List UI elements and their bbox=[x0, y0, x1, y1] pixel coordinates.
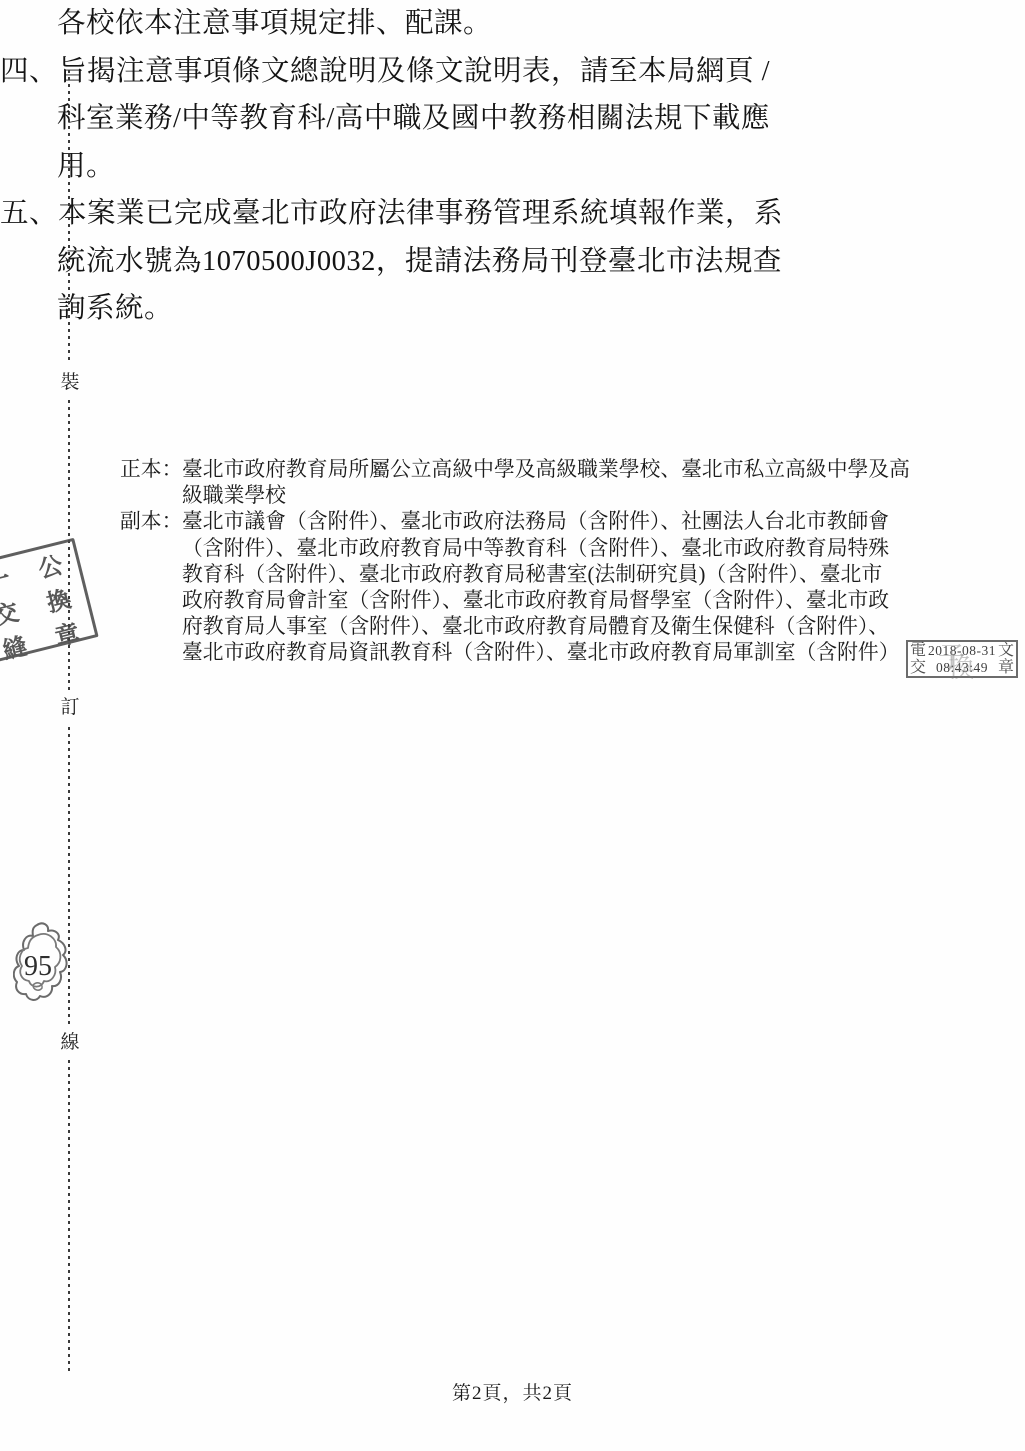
e-stamp-time: 08:43:49 bbox=[936, 659, 988, 676]
body-line: 四、旨揭注意事項條文總說明及條文說明表，請至本局網頁 / bbox=[0, 48, 1025, 96]
binding-label-zhuang: 裝 bbox=[59, 373, 81, 392]
e-stamp-char-dian: 電 bbox=[910, 642, 926, 659]
seam-stamp-char: 換 bbox=[42, 579, 74, 619]
original-first-line: 臺北市政府教育局所屬公立高級中學及高級職業學校、臺北市私立高級中學及高 bbox=[182, 458, 910, 481]
copy-line: 教育科（含附件）、臺北市政府教育局秘書室(法制研究員)（含附件）、臺北市 bbox=[182, 562, 930, 588]
page-seal-stamp: 95 bbox=[13, 921, 73, 1007]
e-stamp-char-jiao: 交 bbox=[910, 659, 926, 676]
e-stamp-char-wen: 文 bbox=[998, 642, 1014, 659]
binding-label-ding: 訂 bbox=[59, 698, 81, 717]
copy-recipients: 副本：臺北市議會（含附件）、臺北市政府法務局（含附件）、社團法人台北市教師會 （… bbox=[120, 509, 930, 666]
copy-line: 政府教育局會計室（含附件）、臺北市政府教育局督學室（含附件）、臺北市政 bbox=[182, 588, 930, 614]
seam-stamp-char: 公 bbox=[34, 545, 66, 585]
page-seal-number: 95 bbox=[24, 951, 52, 983]
seam-stamp-char: 縫 bbox=[0, 626, 30, 666]
e-stamp-date: 2018-08-31 bbox=[928, 642, 996, 659]
copy-line: 臺北市政府教育局資訊教育科（含附件）、臺北市政府教育局軍訓室（含附件） bbox=[182, 640, 930, 666]
original-line: 級職業學校 bbox=[182, 483, 930, 509]
body-line: 統流水號為1070500J0032，提請法務局刊登臺北市法規查 bbox=[0, 238, 1025, 286]
copy-label: 副本： bbox=[120, 509, 182, 535]
copy-line: 府教育局人事室（含附件）、臺北市政府教育局體育及衛生保健科（含附件）、 bbox=[182, 614, 930, 640]
page-number: 第2頁，共2頁 bbox=[0, 1378, 1025, 1405]
scanned-document-page: 裝 訂 線 各校依本注意事項規定排、配課。 四、旨揭注意事項條文總說明及條文說明… bbox=[0, 0, 1025, 1451]
e-stamp-char-zhang: 章 bbox=[998, 659, 1014, 676]
body-line: 五、本案業已完成臺北市政府法律事務管理系統填報作業，系 bbox=[0, 190, 1025, 238]
copy-line: （含附件）、臺北市政府教育局中等教育科（含附件）、臺北市政府教育局特殊 bbox=[182, 536, 930, 562]
copy-first-line: 臺北市議會（含附件）、臺北市政府法務局（含附件）、社團法人台北市教師會 bbox=[182, 510, 889, 533]
recipients-block: 正本：臺北市政府教育局所屬公立高級中學及高級職業學校、臺北市私立高級中學及高 級… bbox=[120, 457, 930, 667]
binding-label-xian: 線 bbox=[59, 1033, 81, 1052]
body-line: 詢系統。 bbox=[0, 285, 1025, 333]
seam-stamp-char: 章 bbox=[51, 613, 83, 653]
original-label: 正本： bbox=[120, 457, 182, 483]
body-line: 用。 bbox=[0, 143, 1025, 191]
binding-dotted-line bbox=[68, 70, 70, 363]
original-recipients: 正本：臺北市政府教育局所屬公立高級中學及高級職業學校、臺北市私立高級中學及高 級… bbox=[120, 457, 930, 509]
body-line: 科室業務/中等教育科/高中職及國中教務相關法規下載應 bbox=[0, 95, 1025, 143]
body-line: 各校依本注意事項規定排、配課。 bbox=[0, 0, 1025, 48]
exchange-seam-stamp: 一 公 交 換 縫 章 bbox=[0, 538, 99, 665]
binding-dotted-line bbox=[68, 1060, 70, 1373]
electronic-exchange-stamp: 電 2018-08-31 文 交 08:43:49 章 子 換 bbox=[906, 640, 1018, 678]
